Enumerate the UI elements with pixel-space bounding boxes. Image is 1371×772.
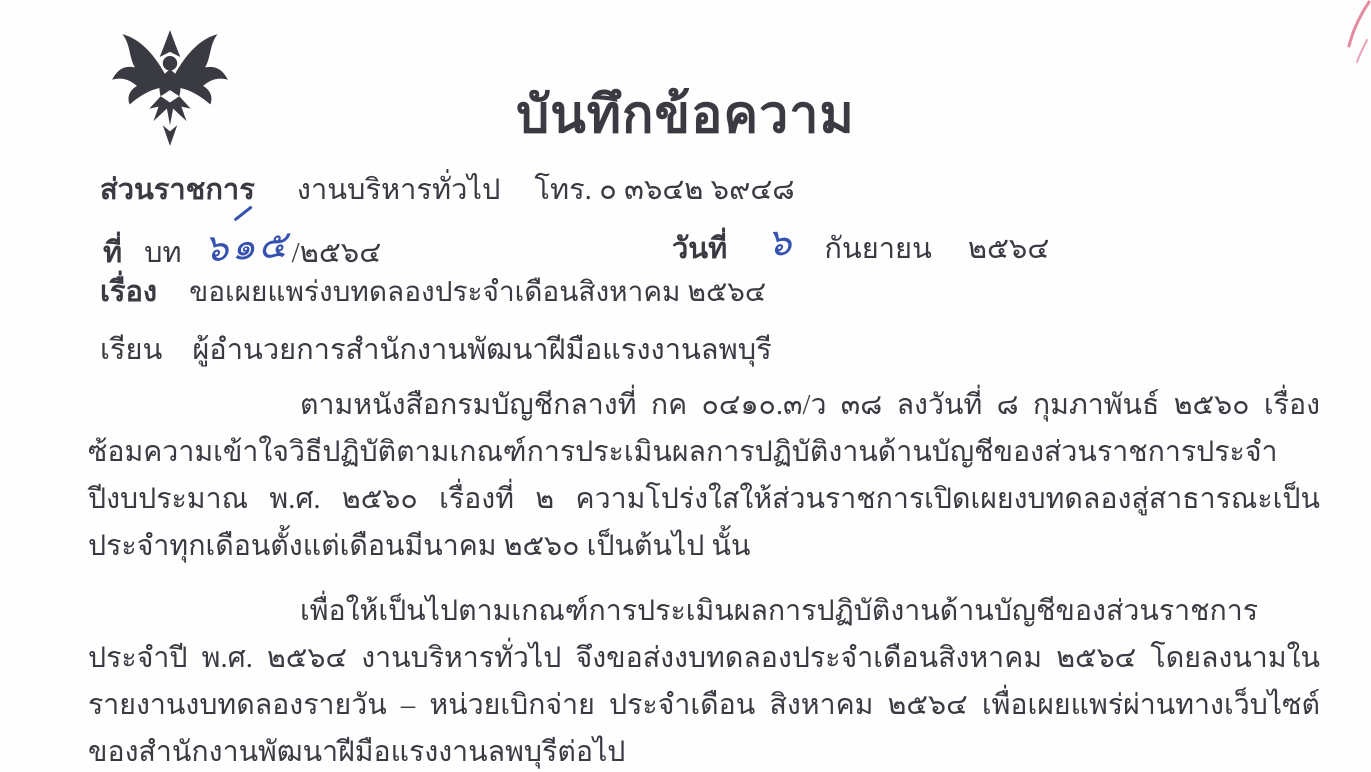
date-month: กันยายน <box>824 233 931 265</box>
body-paragraph-1: ตามหนังสือกรมบัญชีกลางที่ กค ๐๔๑๐.๓/ว ๓๘… <box>88 382 1320 570</box>
agency-row: ส่วนราชการงานบริหารทั่วไปโทร. ๐ ๓๖๔๒ ๖๙๔… <box>100 166 795 212</box>
document-title: บันทึกข้อความ <box>0 72 1371 155</box>
date-label: วันที่ <box>672 233 727 265</box>
to-label: เรียน <box>100 334 162 366</box>
memo-document: บันทึกข้อความ ส่วนราชการงานบริหารทั่วไปโ… <box>0 0 1371 772</box>
body-paragraph-2: เพื่อให้เป็นไปตามเกณฑ์การประเมินผลการปฏิ… <box>88 588 1320 772</box>
subject-value: ขอเผยแพร่งบทดลองประจำเดือนสิงหาคม ๒๕๖๔ <box>189 277 766 308</box>
recipient-row: เรียนผู้อำนวยการสำนักงานพัฒนาฝีมือแรงงาน… <box>100 326 772 372</box>
number-prefix: บท <box>144 237 182 269</box>
number-suffix: /๒๕๖๔ <box>292 237 381 269</box>
date-row: วันที่๖กันยายน๒๕๖๔ <box>672 214 1049 275</box>
date-year: ๒๕๖๔ <box>968 233 1049 265</box>
to-value: ผู้อำนวยการสำนักงานพัฒนาฝีมือแรงงานลพบุร… <box>192 334 771 366</box>
pink-scan-artifact <box>1323 0 1371 80</box>
subject-label: เรื่อง <box>100 276 157 308</box>
agency-value: งานบริหารทั่วไป <box>297 174 501 206</box>
agency-label: ส่วนราชการ <box>100 174 255 206</box>
number-label: ที่ <box>103 237 122 269</box>
date-day-handwritten: ๖ <box>766 210 796 272</box>
agency-phone: โทร. ๐ ๓๖๔๒ ๖๙๔๘ <box>534 174 794 206</box>
subject-row: เรื่องขอเผยแพร่งบทดลองประจำเดือนสิงหาคม … <box>100 268 766 314</box>
